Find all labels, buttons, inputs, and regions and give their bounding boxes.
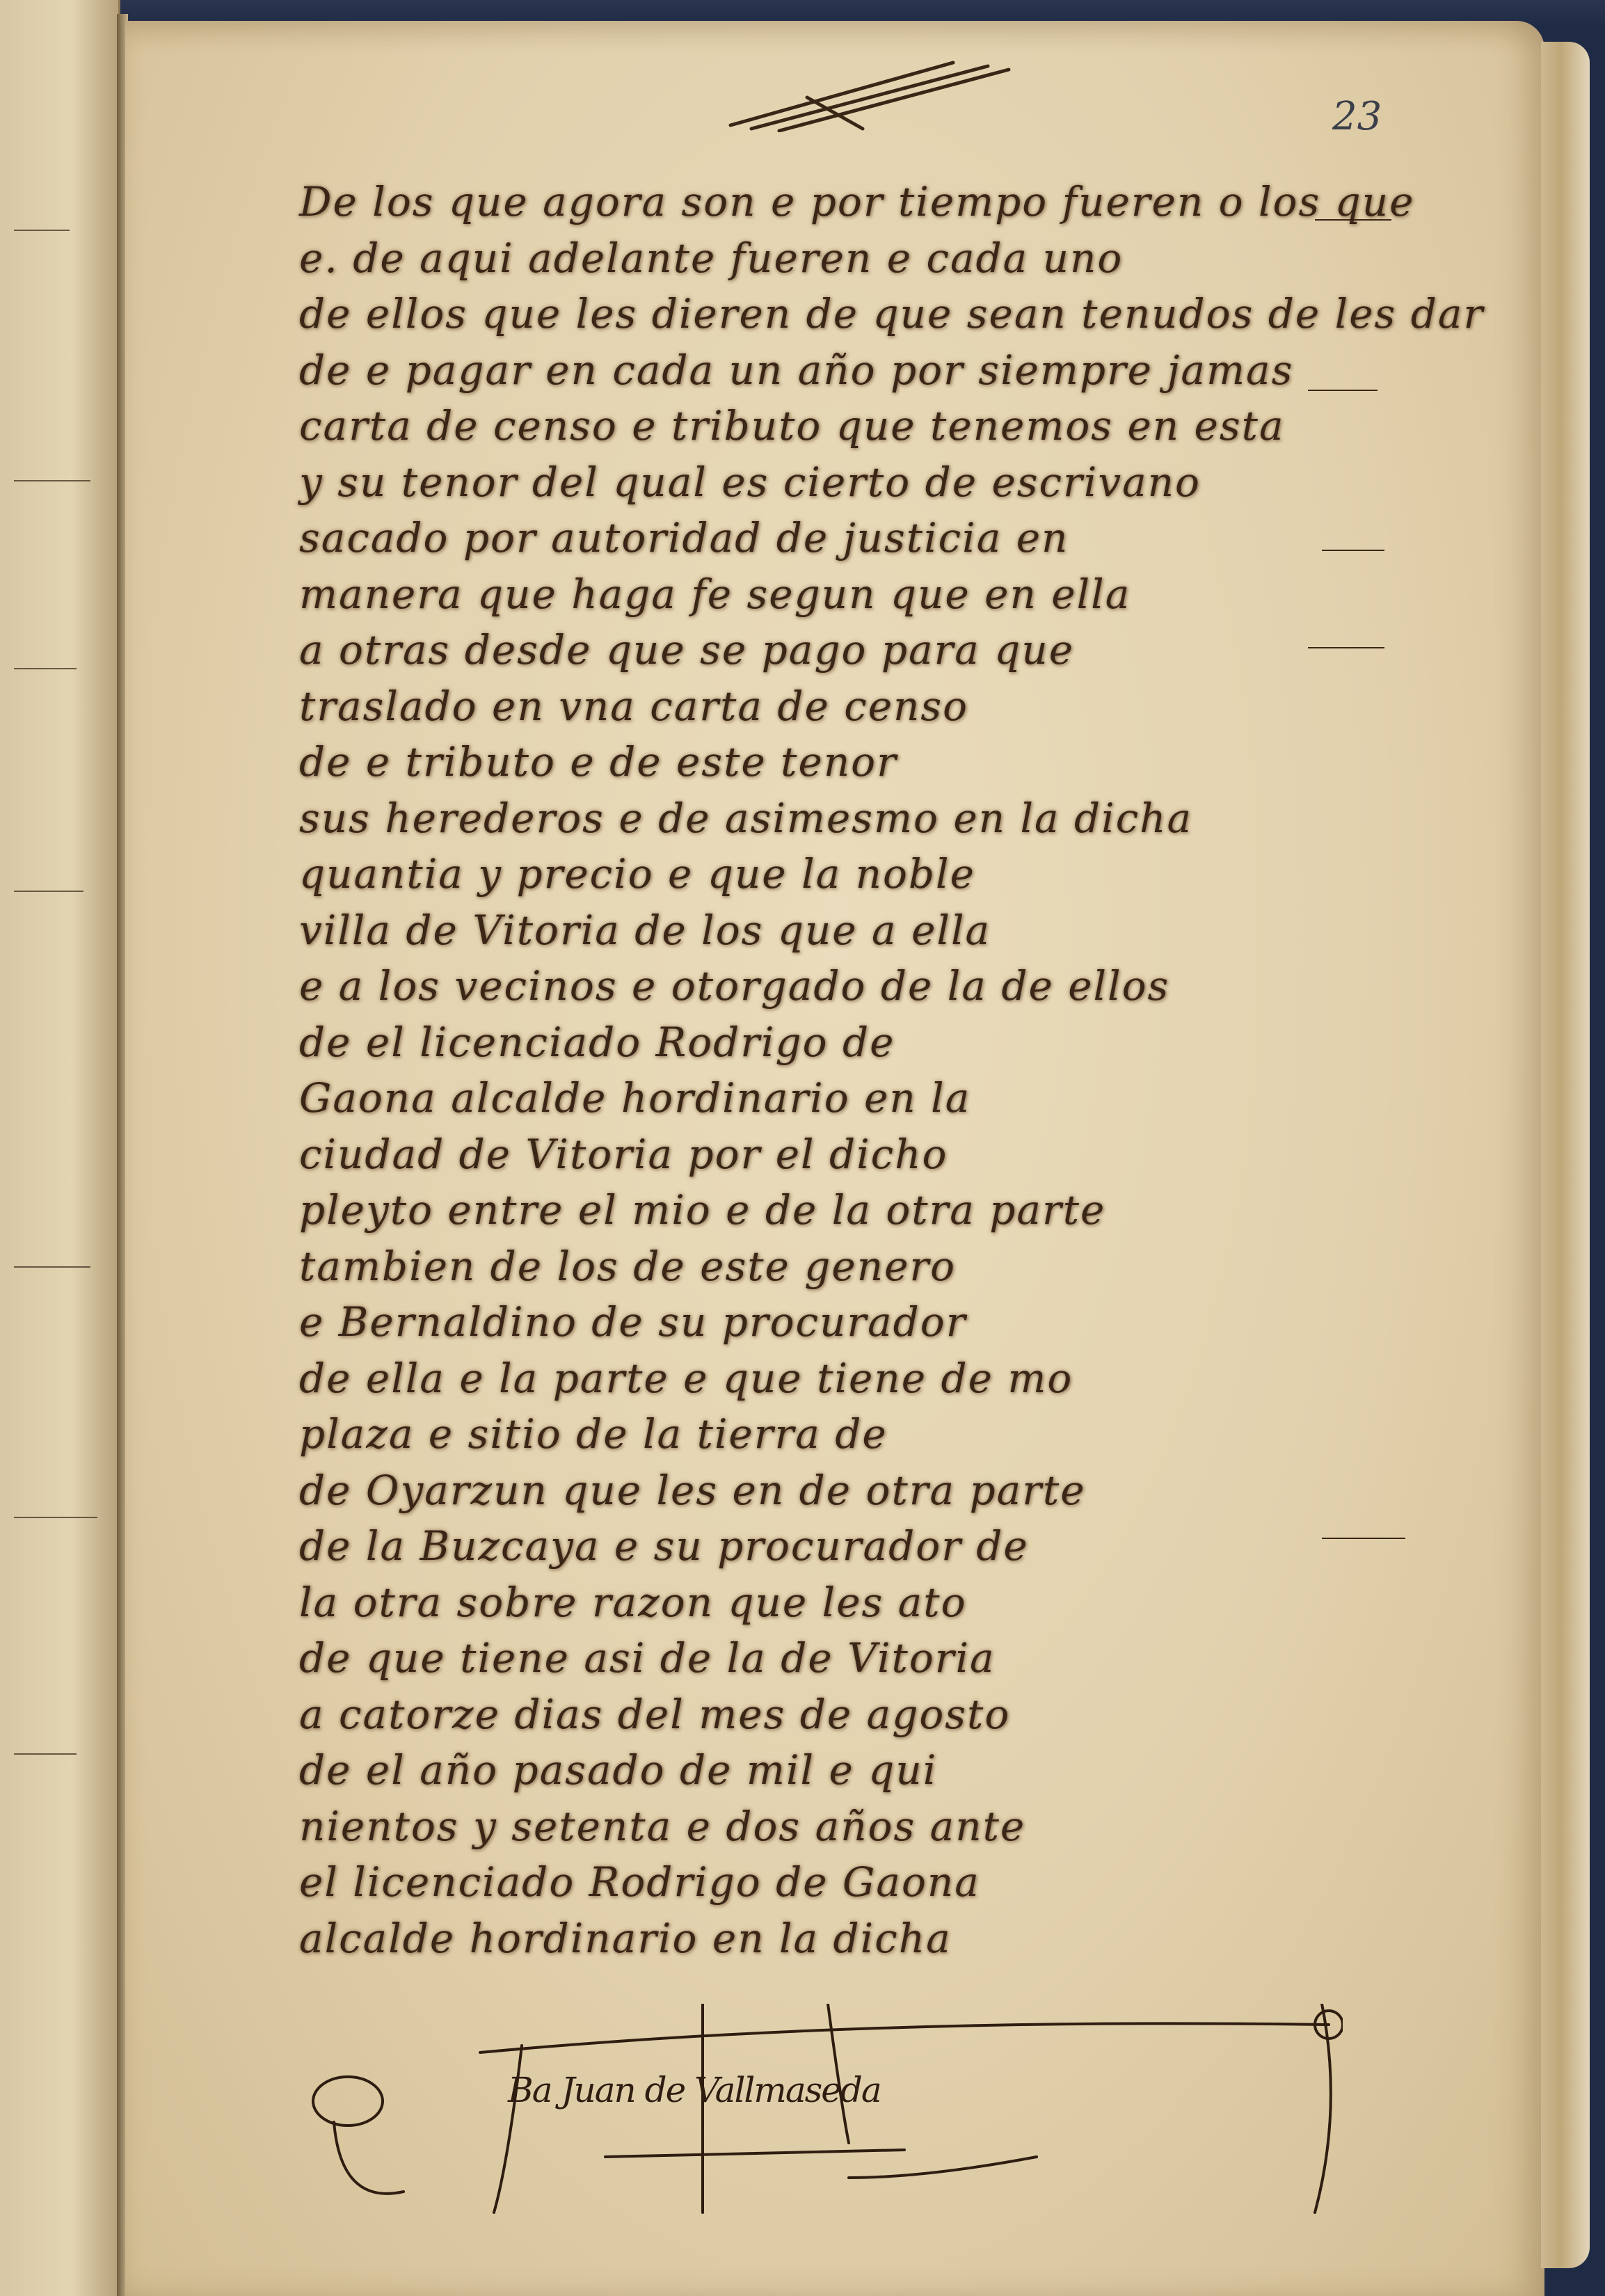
manuscript-line: tambien de los de este genero [299, 1238, 1308, 1295]
manuscript-line: sacado por autoridad de justicia en [299, 510, 1308, 566]
manuscript-body: De los que agora son e por tiempo fueren… [299, 174, 1308, 1966]
manuscript-line: y su tenor del qual es cierto de escriva… [299, 454, 1308, 511]
manuscript-line: alcalde hordinario en la dicha [299, 1911, 1308, 1967]
manuscript-line: de que tiene asi de la de Vitoria [299, 1630, 1308, 1687]
facing-page-ink-stroke [14, 1517, 97, 1518]
line-filler-stroke [1315, 219, 1391, 221]
manuscript-line: de ellos que les dieren de que sean tenu… [299, 286, 1308, 342]
manuscript-line: carta de censo e tributo que tenemos en … [299, 398, 1308, 454]
signature-prefix: Ba [508, 2070, 552, 2110]
facing-page-ink-stroke [14, 891, 83, 892]
manuscript-line: ciudad de Vitoria por el dicho [299, 1126, 1308, 1183]
facing-page-ink-stroke [14, 480, 90, 481]
signature-flourish-icon [299, 2004, 1343, 2226]
notary-signature: Ba Juan de Vallmaseda [508, 2070, 881, 2110]
manuscript-line: a catorze dias del mes de agosto [299, 1687, 1308, 1743]
manuscript-line: de e tributo e de este tenor [299, 734, 1308, 790]
manuscript-line: el licenciado Rodrigo de Gaona [299, 1854, 1308, 1911]
manuscript-line: manera que haga fe segun que en ella [299, 566, 1308, 623]
manuscript-line: nientos y setenta e dos años ante [299, 1799, 1308, 1855]
signature-block: Ba Juan de Vallmaseda [299, 2004, 1343, 2226]
manuscript-line: de el año pasado de mil e qui [299, 1742, 1308, 1799]
line-filler-stroke [1322, 550, 1384, 551]
line-filler-stroke [1308, 647, 1384, 648]
manuscript-line: la otra sobre razon que les ato [299, 1574, 1308, 1631]
folio-number: 23 [1332, 94, 1382, 139]
manuscript-line: pleyto entre el mio e de la otra parte [299, 1182, 1308, 1238]
header-flourish-icon [724, 56, 1016, 132]
page-stack-edge [1541, 42, 1590, 2268]
manuscript-line: a otras desde que se pago para que [299, 622, 1308, 678]
manuscript-line: quantia y precio e que la noble [299, 846, 1308, 902]
facing-page-ink-stroke [14, 1266, 90, 1268]
facing-page-ink-stroke [14, 668, 77, 669]
manuscript-line: de e pagar en cada un año por siempre ja… [299, 342, 1308, 399]
facing-page-edge [0, 0, 120, 2296]
line-filler-stroke [1322, 1538, 1405, 1539]
signature-name: Juan de Vallmaseda [561, 2070, 880, 2110]
manuscript-line: e Bernaldino de su procurador [299, 1294, 1308, 1350]
manuscript-line: Gaona alcalde hordinario en la [299, 1070, 1308, 1126]
line-filler-stroke [1308, 390, 1378, 391]
manuscript-line: de ella e la parte e que tiene de mo [299, 1350, 1308, 1407]
manuscript-line: e a los vecinos e otorgado de la de ello… [299, 958, 1308, 1014]
manuscript-line: plaza e sitio de la tierra de [299, 1406, 1308, 1462]
manuscript-line: De los que agora son e por tiempo fueren… [299, 174, 1308, 230]
manuscript-line: e. de aqui adelante fueren e cada uno [299, 230, 1308, 287]
manuscript-line: de la Buzcaya e su procurador de [299, 1518, 1308, 1574]
manuscript-line: de Oyarzun que les en de otra parte [299, 1462, 1308, 1519]
manuscript-line: traslado en vna carta de censo [299, 678, 1308, 735]
manuscript-line: villa de Vitoria de los que a ella [299, 902, 1308, 959]
facing-page-ink-stroke [14, 230, 70, 231]
manuscript-line: de el licenciado Rodrigo de [299, 1014, 1308, 1071]
manuscript-line: sus herederos e de asimesmo en la dicha [299, 790, 1308, 847]
facing-page-ink-stroke [14, 1753, 77, 1755]
